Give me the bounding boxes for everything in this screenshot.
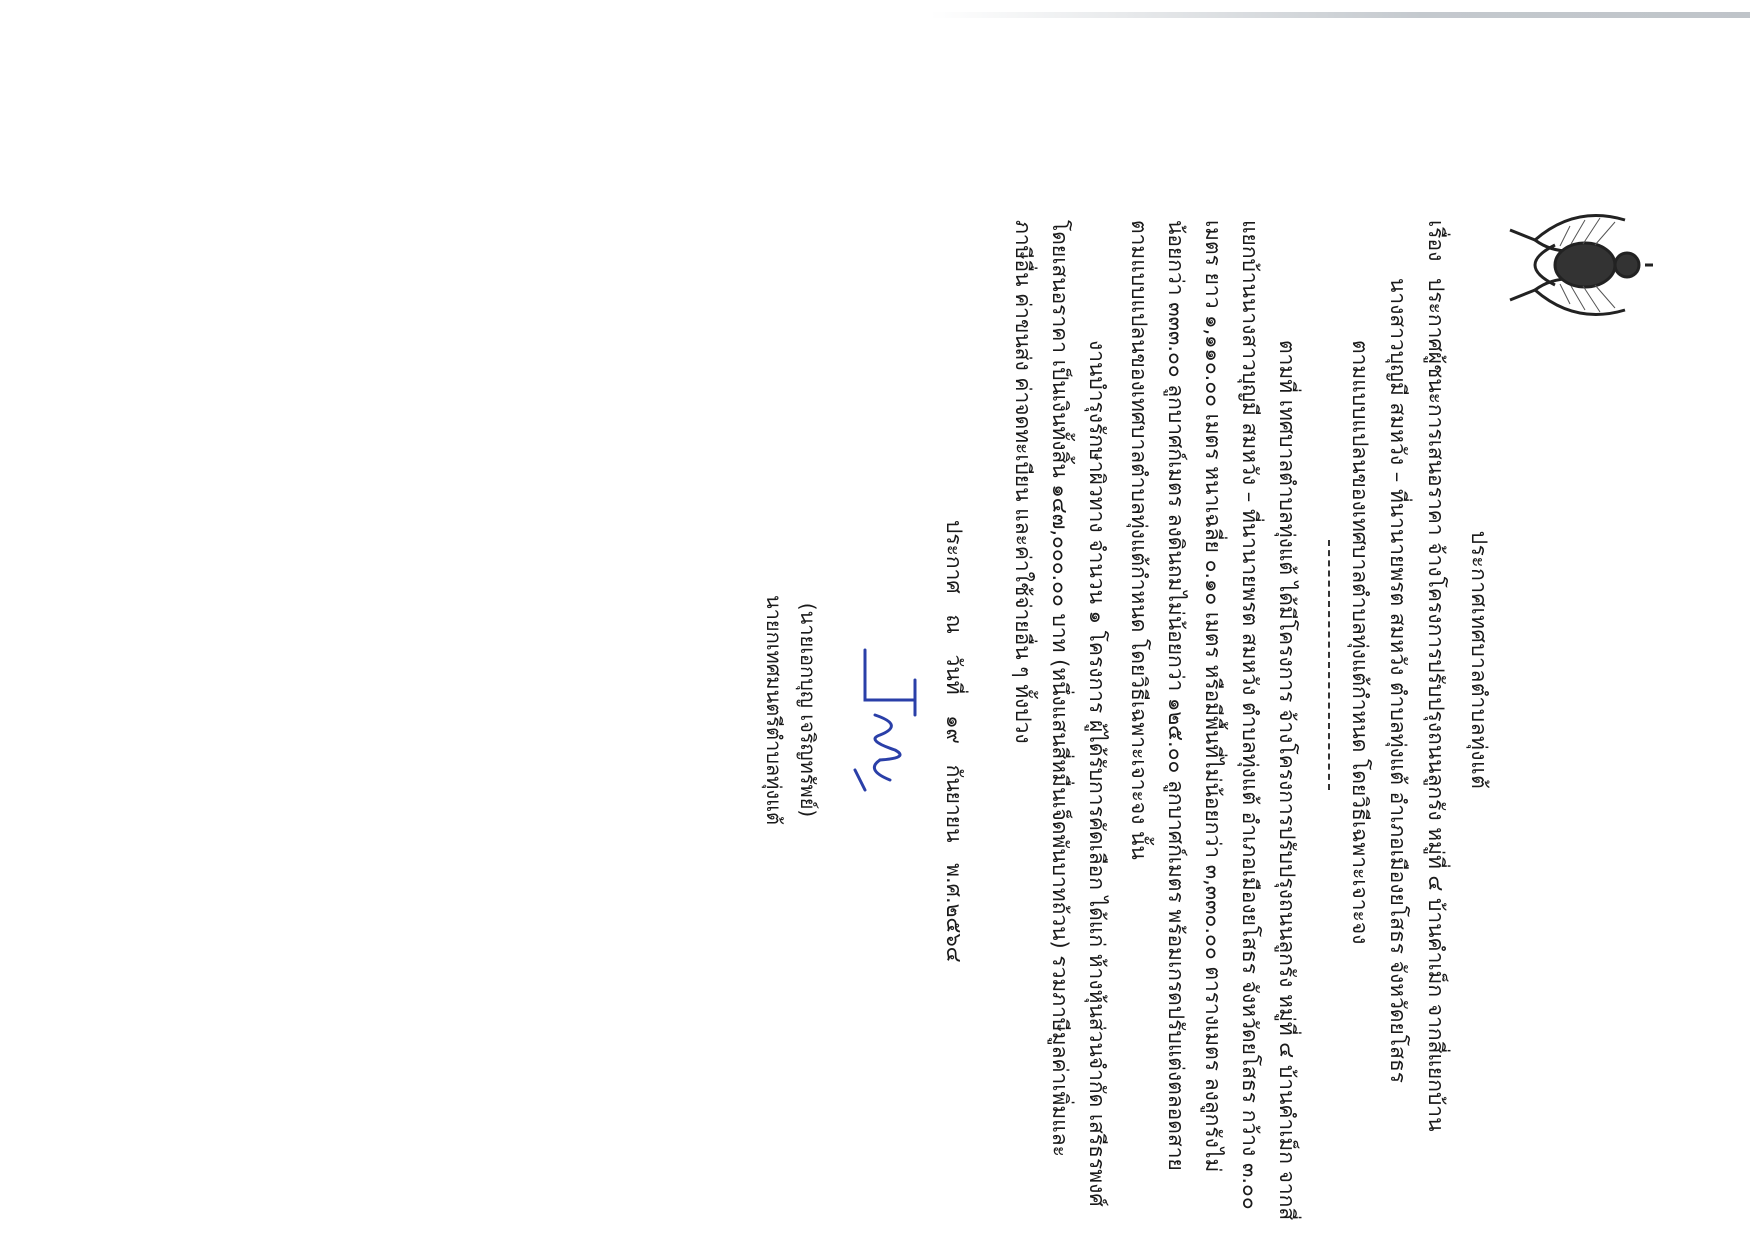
paragraph-line: เมตร ยาว ๑,๑๑๐.๐๐ เมตร หนาเฉลี่ย ๐.๑๐ เม… (1194, 220, 1231, 1160)
subject-line: ตามแบบแปลนของเทศบาลตำบลทุ่งแต้กำหนด โดยว… (1341, 220, 1379, 1160)
subject-label: เรื่อง (1417, 220, 1455, 261)
page-title: ประกาศเทศบาลตำบลทุ่งแต้ (1462, 160, 1495, 1160)
subject-line: ประกาศผู้ชนะการเสนอราคา จ้างโครงการปรับป… (1417, 220, 1455, 1160)
divider (1328, 540, 1330, 790)
paragraph-winner: งานบำรุงรักษาผิวทาง จำนวน ๑ โครงการ ผู้ไ… (1004, 220, 1115, 1160)
signature (845, 640, 935, 800)
paragraph-line: โดยเสนอราคา เป็นเงินทั้งสิ้น ๑๔๗,๐๐๐.๐๐ … (1041, 220, 1078, 1160)
paragraph-project: ตามที่ เทศบาลตำบลทุ่งแต้ ได้มีโครงการ จ้… (1120, 220, 1305, 1160)
paragraph-line: แยกบ้านนางสาวบุญมี สมหวัง – ที่นานายพรต … (1231, 220, 1268, 1160)
paragraph-line: น้อยกว่า ๓๓๓.๐๐ ลูกบาศก์เมตร ลงดินถมไม่น… (1157, 220, 1194, 1160)
announcement-page: ประกาศเทศบาลตำบลทุ่งแต้ เรื่อง ประกาศผู้… (535, 160, 1655, 1160)
signer-block: (นายเอกบุญ เจริญทรัพย์) นายกเทศมนตรีตำบล… (757, 560, 825, 860)
paragraph-line: ภาษีอื่น ค่าขนส่ง ค่าจดทะเบียน และค่าใช้… (1004, 220, 1041, 1160)
paragraph-line: งานบำรุงรักษาผิวทาง จำนวน ๑ โครงการ ผู้ไ… (1078, 220, 1115, 1160)
paragraph-line: ตามแบบแปลนของเทศบาลตำบลทุ่งแต้กำหนด โดยว… (1120, 220, 1157, 1160)
signer-name: (นายเอกบุญ เจริญทรัพย์) (791, 560, 825, 860)
subject-line: นางสาวบุญมี สมหวัง – ที่นานายพรต สมหวัง … (1379, 220, 1417, 1160)
subject-block: เรื่อง ประกาศผู้ชนะการเสนอราคา จ้างโครงก… (1341, 220, 1455, 1160)
scan-edge-shadow (930, 12, 1750, 18)
announcement-date: ประกาศ ณ วันที่ ๑๙ กันยายน พ.ศ.๒๕๖๔ (937, 520, 970, 963)
signer-title: นายกเทศมนตรีตำบลทุ่งแต้ (757, 560, 791, 860)
garuda-emblem-icon (1505, 200, 1655, 330)
paragraph-line: ตามที่ เทศบาลตำบลทุ่งแต้ ได้มีโครงการ จ้… (1268, 220, 1305, 1160)
